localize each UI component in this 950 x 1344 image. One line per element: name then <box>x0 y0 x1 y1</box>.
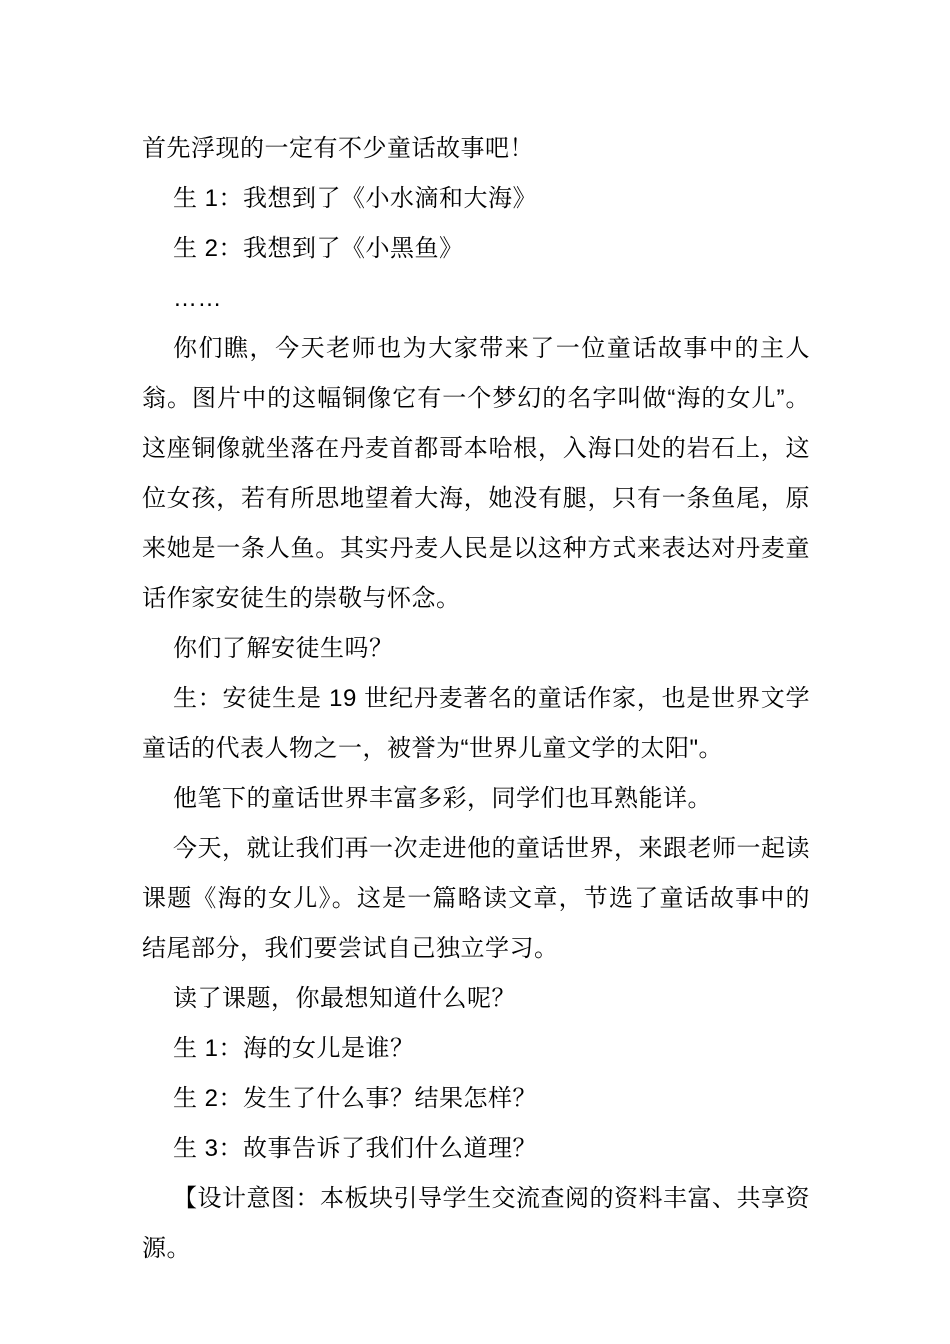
paragraph-continuation: 首先浮现的一定有不少童话故事吧！ <box>142 124 810 174</box>
student-q1-line: 生 1：海的女儿是谁？ <box>142 1024 810 1074</box>
teacher-question-line: 你们了解安徒生吗？ <box>142 624 810 674</box>
teacher-intro-paragraph: 你们瞧，今天老师也为大家带来了一位童话故事中的主人翁。图片中的这幅铜像它有一个梦… <box>142 324 810 624</box>
teacher-comment-line: 他笔下的童话世界丰富多彩，同学们也耳熟能详。 <box>142 774 810 824</box>
student-q2-line: 生 2：发生了什么事？结果怎样？ <box>142 1074 810 1124</box>
student-answer-paragraph: 生：安徒生是 19 世纪丹麦著名的童话作家，也是世界文学童话的代表人物之一，被誉… <box>142 674 810 774</box>
student-1-recall-line: 生 1：我想到了《小水滴和大海》 <box>142 174 810 224</box>
document-page: 首先浮现的一定有不少童话故事吧！ 生 1：我想到了《小水滴和大海》 生 2：我想… <box>0 0 950 1344</box>
design-intent-line: 【设计意图：本板块引导学生交流查阅的资料丰富、共享资源。 <box>142 1174 810 1274</box>
student-q3-line: 生 3：故事告诉了我们什么道理？ <box>142 1124 810 1174</box>
teacher-lead-paragraph: 今天，就让我们再一次走进他的童话世界，来跟老师一起读课题《海的女儿》。这是一篇略… <box>142 824 810 974</box>
ellipsis-line: …… <box>142 274 810 324</box>
title-question-line: 读了课题，你最想知道什么呢？ <box>142 974 810 1024</box>
student-2-recall-line: 生 2：我想到了《小黑鱼》 <box>142 224 810 274</box>
